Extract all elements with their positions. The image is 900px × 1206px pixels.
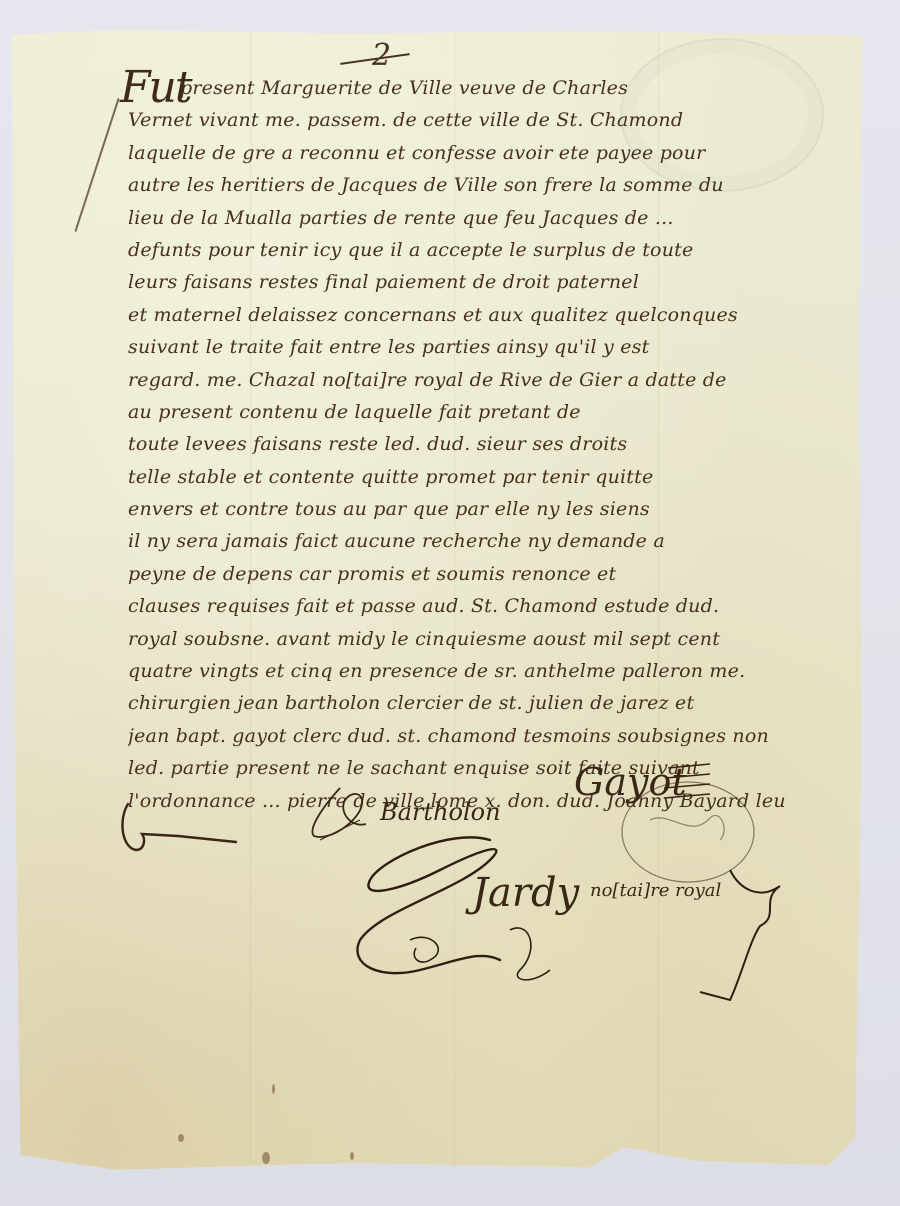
margin-flourish <box>118 800 238 860</box>
text-line: regard. me. Chazal no[tai]re royal de Ri… <box>128 364 868 396</box>
text-line: quatre vingts et cinq en presence de sr.… <box>128 655 868 687</box>
folio-number: 2 <box>372 38 391 73</box>
text-line: lieu de la Mualla parties de rente que f… <box>128 202 868 234</box>
text-line: toute levees faisans reste led. dud. sie… <box>128 428 868 460</box>
notary-paraph-icon <box>690 860 810 1010</box>
text-line: suivant le traite fait entre les parties… <box>128 331 868 363</box>
text-line: autre les heritiers de Jacques de Ville … <box>128 169 868 201</box>
ink-spot <box>350 1152 354 1160</box>
text-line: jean bapt. gayot clerc dud. st. chamond … <box>128 720 868 752</box>
signature-text: Jardy <box>472 870 579 916</box>
manuscript-body: present Marguerite de Ville veuve de Cha… <box>128 72 868 817</box>
signature-notary: Jardy <box>340 830 620 1004</box>
ink-spot <box>272 1084 275 1094</box>
text-line: telle stable et contente quitte promet p… <box>128 461 868 493</box>
text-line: leurs faisans restes final paiement de d… <box>128 266 868 298</box>
text-line: et maternel delaissez concernans et aux … <box>128 299 868 331</box>
ink-spot <box>262 1152 270 1164</box>
text-line: envers et contre tous au par que par ell… <box>128 493 868 525</box>
text-line: clauses requises fait et passe aud. St. … <box>128 590 868 622</box>
signature-text: Bartholon <box>380 798 501 826</box>
text-line: au present contenu de laquelle fait pret… <box>128 396 868 428</box>
text-line: royal soubsne. avant midy le cinquiesme … <box>128 623 868 655</box>
text-line: il ny sera jamais faict aucune recherche… <box>128 525 868 557</box>
text-line: defunts pour tenir icy que il a accepte … <box>128 234 868 266</box>
text-line: peyne de depens car promis et soumis ren… <box>128 558 868 590</box>
text-line: Vernet vivant me. passem. de cette ville… <box>128 104 868 136</box>
text-line: laquelle de gre a reconnu et confesse av… <box>128 137 868 169</box>
ink-spot <box>178 1134 184 1142</box>
text-line: chirurgien jean bartholon clercier de st… <box>128 687 868 719</box>
text-line: present Marguerite de Ville veuve de Cha… <box>128 72 868 104</box>
